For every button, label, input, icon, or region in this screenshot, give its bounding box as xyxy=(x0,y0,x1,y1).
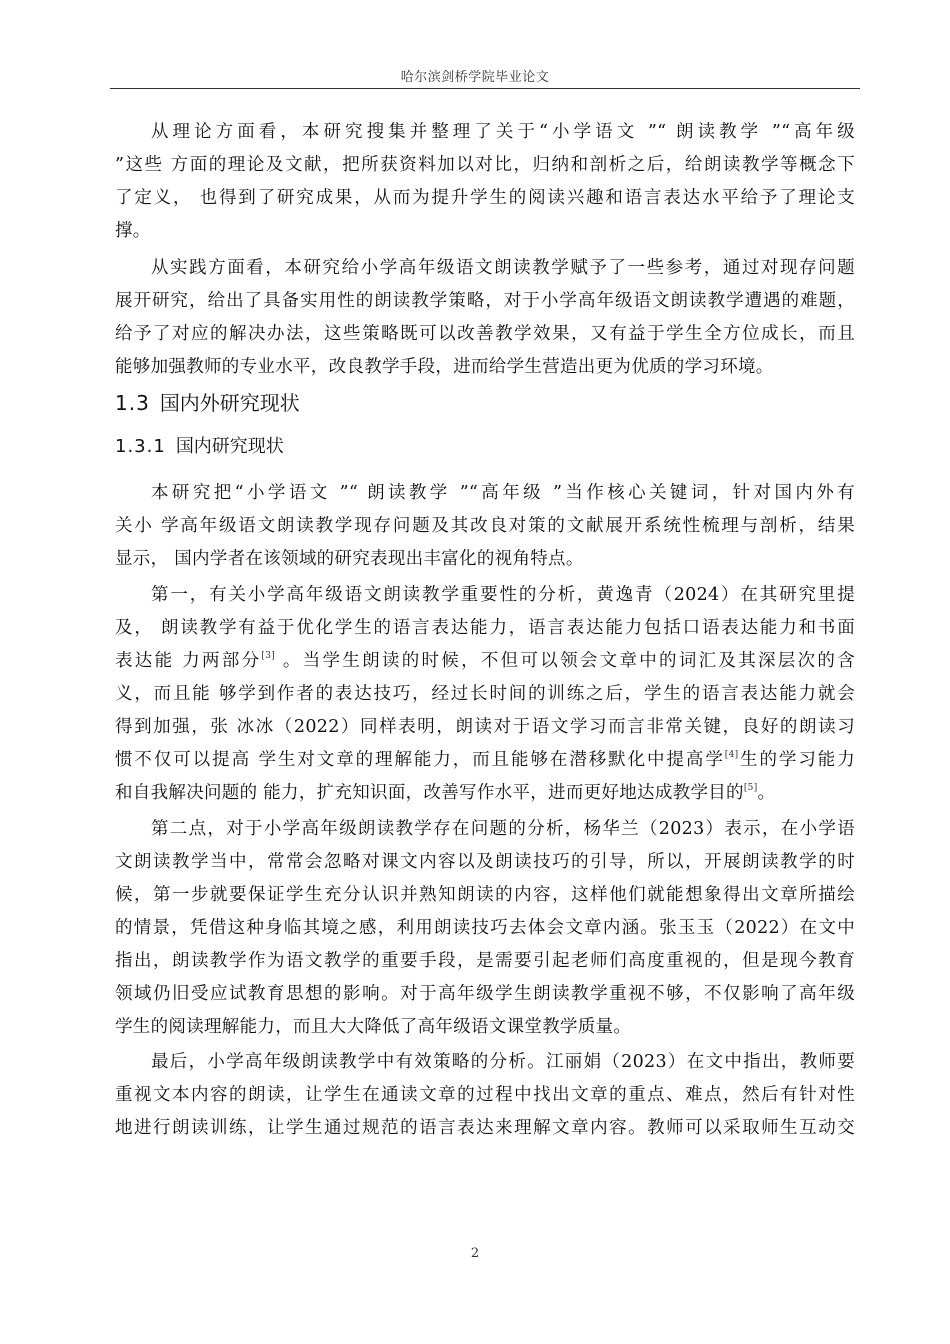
text-line: 撑。 xyxy=(115,219,855,243)
text-line: 第二点，对于小学高年级朗读教学存在问题的分析，杨华兰（2023）表示，在小学语 xyxy=(151,817,855,841)
text-line-with-citation: 和自我解决问题的 能力，扩充知识面，改善写作水平，进而更好地达成教学目的[5]。 xyxy=(115,781,855,805)
text-line: 了定义， 也得到了研究成果，从而为提升学生的阅读兴趣和语言表达水平给予了理论支 xyxy=(115,186,855,210)
section-number: 1.3 xyxy=(115,391,150,415)
text-line: 关小 学高年级语文朗读教学现存问题及其改良对策的文献展开系统性梳理与剖析，结果 xyxy=(115,514,855,538)
text-line: 最后，小学高年级朗读教学中有效策略的分析。江丽娟（2023）在文中指出，教师要 xyxy=(151,1050,855,1074)
text-line: 本研究把“小学语文 ”“ 朗读教学 ”“高年级 ”当作核心关键词，针对国内外有 xyxy=(151,481,855,505)
text-line: 从理论方面看，本研究搜集并整理了关于“小学语文 ”“ 朗读教学 ”“高年级 xyxy=(151,120,855,144)
header-rule xyxy=(110,88,860,89)
subsection-number: 1.3.1 xyxy=(115,436,166,457)
text-line-with-citation: 惯不仅可以提高 学生对文章的理解能力，而且能够在潜移默化中提高学[4]生的学习能… xyxy=(115,748,855,772)
subsection-title: 国内研究现状 xyxy=(176,436,284,457)
page-number: 2 xyxy=(0,1246,950,1261)
text-segment: 和自我解决问题的 能力，扩充知识面，改善写作水平，进而更好地达成教学目的 xyxy=(115,783,744,803)
text-line: 第一，有关小学高年级语文朗读教学重要性的分析，黄逸青（2024）在其研究里提 xyxy=(151,583,855,607)
section-heading-1-3: 1.3国内外研究现状 xyxy=(115,390,300,416)
text-line: 得到加强，张 冰冰（2022）同样表明，朗读对于语文学习而言非常关键，良好的朗读… xyxy=(115,715,855,739)
text-line: 的情景，凭借这种身临其境之感，利用朗读技巧去体会文章内涵。张玉玉（2022）在文… xyxy=(115,916,855,940)
text-line: 地进行朗读训练，让学生通过规范的语言表达来理解文章内容。教师可以采取师生互动交 xyxy=(115,1116,855,1140)
text-line: 展开研究，给出了具备实用性的朗读教学策略，对于小学高年级语文朗读教学遭遇的难题， xyxy=(115,289,855,313)
text-segment: 。当学生朗读的时候，不但可以领会文章中的词汇及其深层次的含 xyxy=(275,651,855,671)
text-line: 指出，朗读教学作为语文教学的重要手段，是需要引起老师们高度重视的，但是现今教育 xyxy=(115,949,855,973)
text-line: 从实践方面看，本研究给小学高年级语文朗读教学赋予了一些参考，通过对现存问题 xyxy=(151,256,855,280)
subsection-heading-1-3-1: 1.3.1国内研究现状 xyxy=(115,435,284,459)
text-segment: 生的学习能力 xyxy=(738,750,855,770)
text-line: 能够加强教师的专业水平，改良教学手段，进而给学生营造出更为优质的学习环境。 xyxy=(115,355,855,379)
text-line: 学生的阅读理解能力，而且大大降低了高年级语文课堂教学质量。 xyxy=(115,1015,855,1039)
text-line-with-citation: 表达能 力两部分[3] 。当学生朗读的时候，不但可以领会文章中的词汇及其深层次的… xyxy=(115,649,855,673)
text-line: 给予了对应的解决办法，这些策略既可以改善教学效果，又有益于学生全方位成长，而且 xyxy=(115,322,855,346)
section-title: 国内外研究现状 xyxy=(160,391,300,415)
text-line: 显示， 国内学者在该领域的研究表现出丰富化的视角特点。 xyxy=(115,547,855,571)
text-line: ”这些 方面的理论及文献，把所获资料加以对比，归纳和剖析之后，给朗读教学等概念下 xyxy=(115,153,855,177)
text-line: 文朗读教学当中，常常会忽略对课文内容以及朗读技巧的引导，所以，开展朗读教学的时 xyxy=(115,850,855,874)
running-header-title: 哈尔滨剑桥学院毕业论文 xyxy=(0,66,950,85)
text-segment: 。 xyxy=(758,783,776,803)
text-line: 义，而且能 够学到作者的表达技巧，经过长时间的训练之后，学生的语言表达能力就会 xyxy=(115,682,855,706)
citation-5[interactable]: [5] xyxy=(744,783,758,793)
text-line: 候，第一步就要保证学生充分认识并熟知朗读的内容，这样他们就能想象得出文章所描绘 xyxy=(115,883,855,907)
text-line: 重视文本内容的朗读，让学生在通读文章的过程中找出文章的重点、难点，然后有针对性 xyxy=(115,1083,855,1107)
text-segment: 惯不仅可以提高 学生对文章的理解能力，而且能够在潜移默化中提高学 xyxy=(115,750,725,770)
text-line: 及， 朗读教学有益于优化学生的语言表达能力，语言表达能力包括口语表达能力和书面 xyxy=(115,616,855,640)
citation-4[interactable]: [4] xyxy=(725,750,739,760)
text-line: 领域仍旧受应试教育思想的影响。对于高年级学生朗读教学重视不够，不仅影响了高年级 xyxy=(115,982,855,1006)
citation-3[interactable]: [3] xyxy=(261,651,275,661)
text-segment: 表达能 力两部分 xyxy=(115,651,261,671)
